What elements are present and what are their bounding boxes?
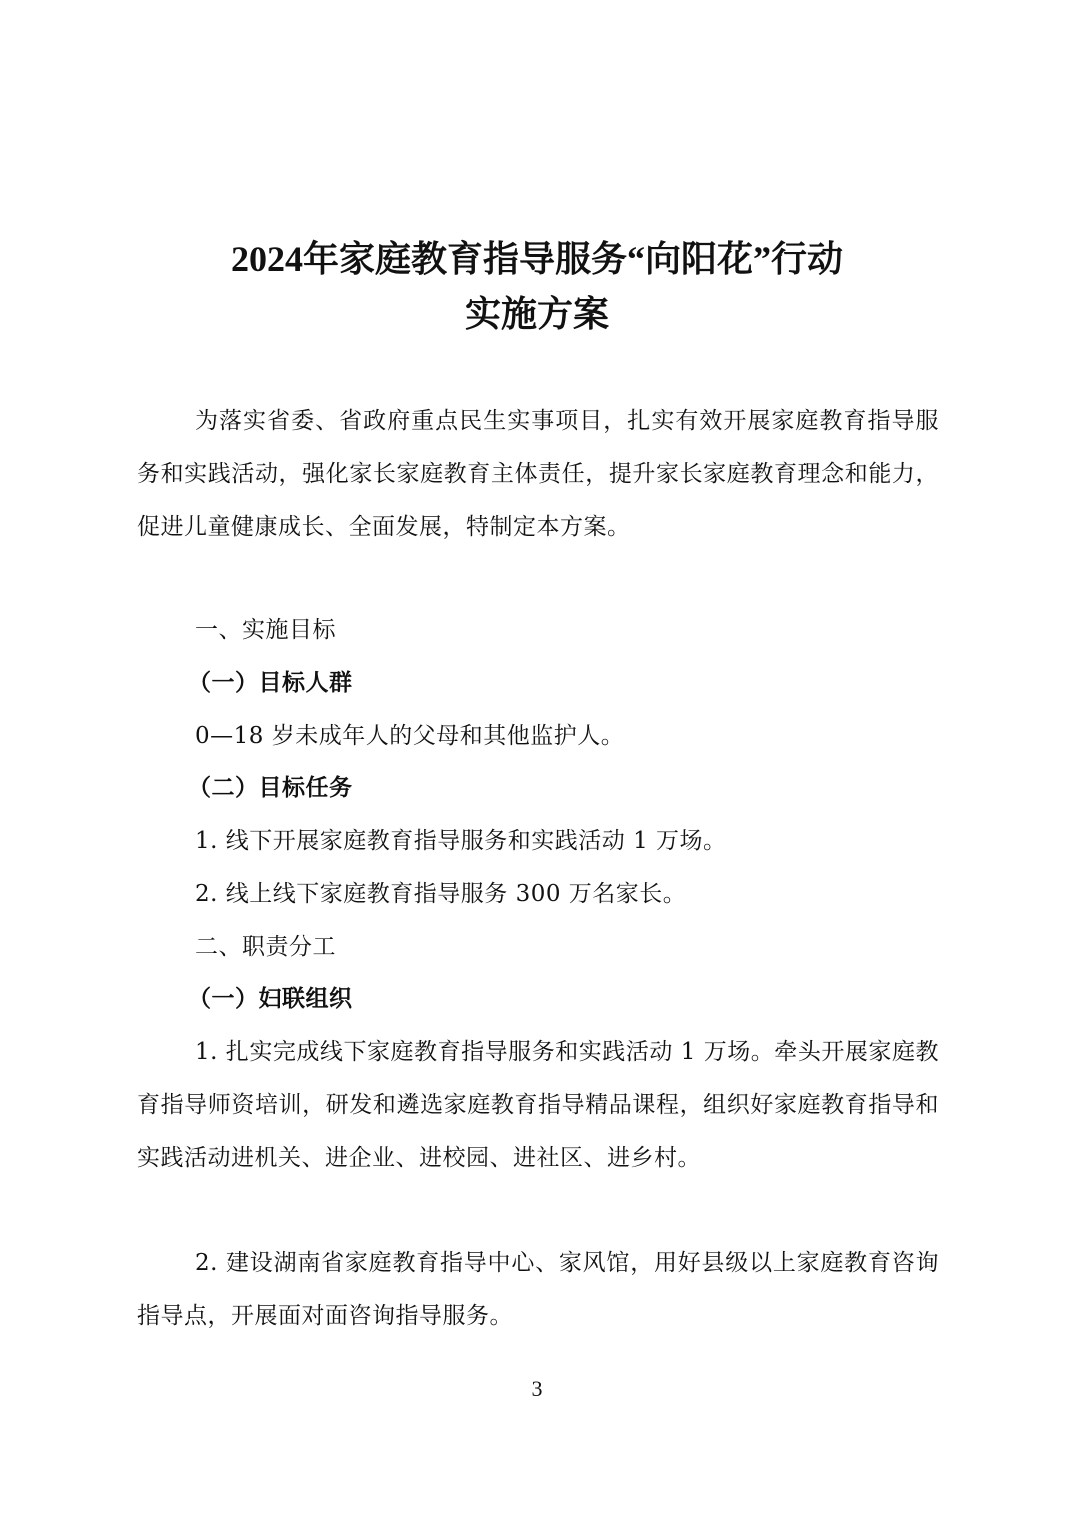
- responsibility-item-1: 1. 扎实完成线下家庭教育指导服务和实践活动 1 万场。牵头开展家庭教育指导师资…: [137, 1026, 939, 1185]
- subsection-heading-target-group: （一）目标人群: [188, 657, 990, 710]
- responsibility-item-2: 2. 建设湖南省家庭教育指导中心、家风馆，用好县级以上家庭教育咨询指导点，开展面…: [137, 1237, 939, 1343]
- section-heading-objectives: 一、实施目标: [195, 604, 939, 657]
- document-page: 2024年家庭教育指导服务“向阳花”行动 实施方案 为落实省委、省政府重点民生实…: [0, 0, 1074, 1520]
- target-group-text: 0—18 岁未成年人的父母和其他监护人。: [195, 710, 939, 763]
- page-number: 3: [0, 1376, 1074, 1402]
- intro-paragraph: 为落实省委、省政府重点民生实事项目，扎实有效开展家庭教育指导服务和实践活动，强化…: [137, 395, 939, 554]
- task-item-2: 2. 线上线下家庭教育指导服务 300 万名家长。: [195, 868, 939, 921]
- document-title-line1: 2024年家庭教育指导服务“向阳花”行动: [0, 233, 1074, 285]
- subsection-heading-womens-federation: （一）妇联组织: [188, 973, 990, 1026]
- section-heading-responsibilities: 二、职责分工: [195, 921, 939, 974]
- document-title-line2: 实施方案: [0, 288, 1074, 340]
- subsection-heading-target-tasks: （二）目标任务: [188, 762, 990, 815]
- task-item-1: 1. 线下开展家庭教育指导服务和实践活动 1 万场。: [195, 815, 939, 868]
